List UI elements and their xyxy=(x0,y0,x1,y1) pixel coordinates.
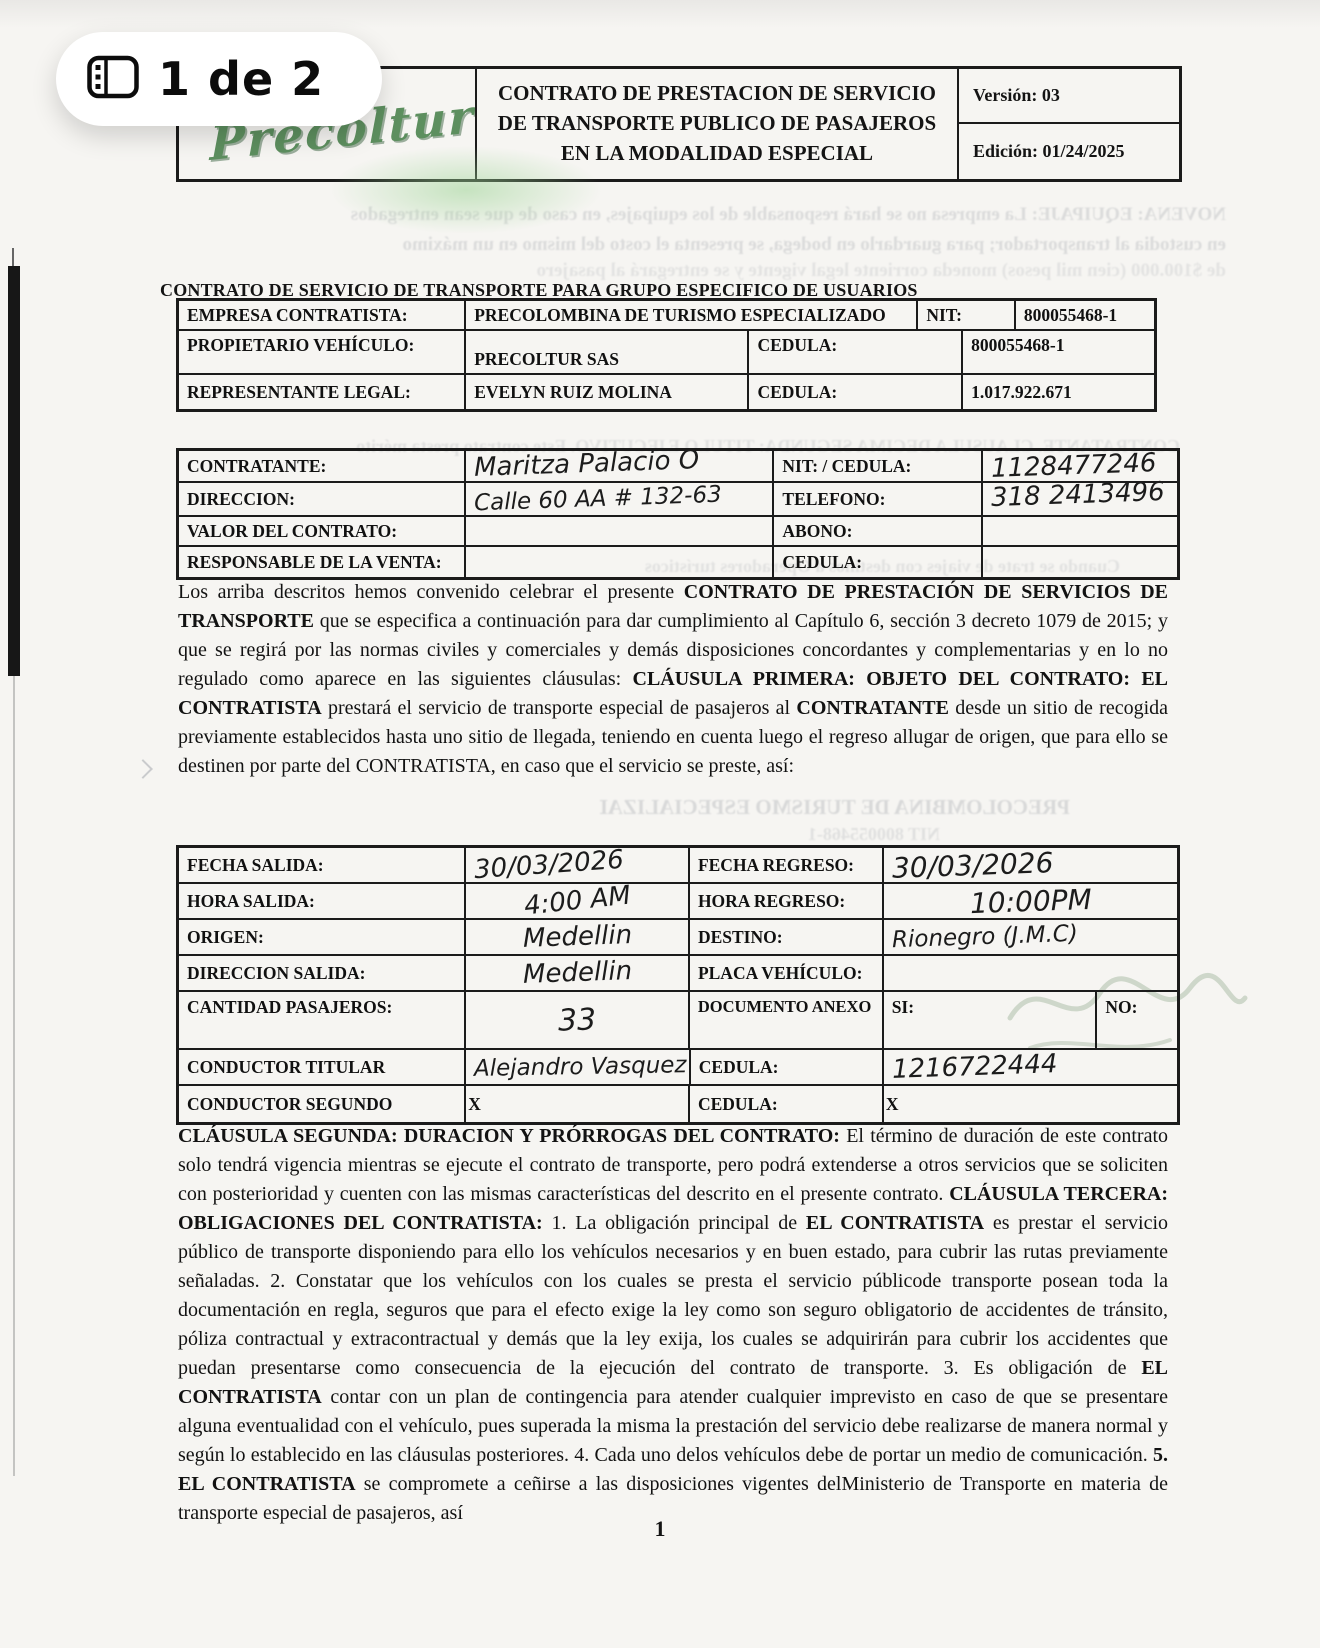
page-indicator-badge[interactable]: 1 de 2 xyxy=(56,32,382,126)
bleedthrough-line: en custodia al transportador; para guard… xyxy=(96,234,1226,256)
field-label: FECHA REGRESO: xyxy=(690,848,884,882)
pages-icon xyxy=(86,54,140,105)
page-number: 1 xyxy=(0,1516,1320,1542)
field-label: NIT: / CEDULA: xyxy=(774,451,983,481)
title-line: DE TRANSPORTE PUBLICO DE PASAJEROS xyxy=(498,109,936,139)
field-label: DIRECCION SALIDA: xyxy=(179,956,466,990)
company-table: EMPRESA CONTRATISTA: PRECOLOMBINA DE TUR… xyxy=(176,298,1157,412)
table-row: DIRECCION SALIDA: Medellin PLACA VEHÍCUL… xyxy=(179,956,1177,992)
field-label: DOCUMENTO ANEXO xyxy=(690,992,884,1048)
table-row: CONTRATANTE: Maritza Palacio O NIT: / CE… xyxy=(179,451,1177,483)
table-row: REPRESENTANTE LEGAL: EVELYN RUIZ MOLINA … xyxy=(179,375,1154,409)
field-label: CEDULA: xyxy=(749,375,963,409)
field-value-handwritten: 30/03/2026 xyxy=(884,848,1177,882)
field-value: 800055468-1 xyxy=(963,331,1154,373)
field-value-handwritten: Medellin xyxy=(466,956,690,990)
field-label: FECHA SALIDA: xyxy=(179,848,466,882)
client-table: CONTRATANTE: Maritza Palacio O NIT: / CE… xyxy=(176,448,1180,580)
version-label: Versión: 03 xyxy=(959,69,1179,124)
green-highlight-smudge xyxy=(330,146,602,234)
bleedthrough-line: PRECOLOMBINA DE TURISMO ESPECIALIZADO xyxy=(600,795,1070,820)
bleedthrough-line: de $100.000 (cien mil pesos) moneda corr… xyxy=(96,260,1226,282)
field-value: PRECOLOMBINA DE TURISMO ESPECIALIZADO xyxy=(466,301,918,329)
field-value-handwritten: 318 2413496 xyxy=(983,483,1177,515)
field-label: NO: xyxy=(1097,992,1177,1048)
field-value: X xyxy=(884,1086,1177,1122)
field-value-handwritten: 10:00PM xyxy=(884,884,1177,918)
clause-paragraph: CLÁUSULA SEGUNDA: DURACION Y PRÓRROGAS D… xyxy=(178,1122,1168,1528)
intro-paragraph: Los arriba descritos hemos convenido cel… xyxy=(178,578,1168,781)
bleedthrough-line: NIT 800055468-1 xyxy=(640,824,940,845)
edition-label: Edición: 01/24/2025 xyxy=(959,124,1179,179)
page-indicator-label: 1 de 2 xyxy=(158,52,324,106)
scan-mark xyxy=(133,759,153,779)
field-value-handwritten: Medellin xyxy=(466,920,690,954)
field-value xyxy=(466,517,774,545)
scanned-contract-page: NOVENA: EQUIPAJE: La empresa no se hará … xyxy=(0,0,1320,1648)
field-value xyxy=(983,547,1177,577)
field-label: CEDULA: xyxy=(691,1050,885,1084)
field-label: CEDULA: xyxy=(774,547,983,577)
table-row: PROPIETARIO VEHÍCULO: PRECOLTUR SAS CEDU… xyxy=(179,331,1154,375)
field-value-handwritten: Rionegro (J.M.C) xyxy=(884,920,1177,954)
field-label: CANTIDAD PASAJEROS: xyxy=(179,992,466,1048)
field-value: 800055468-1 xyxy=(1016,301,1154,329)
field-value-handwritten: Maritza Palacio O xyxy=(466,451,774,481)
field-label: CONTRATANTE: xyxy=(179,451,466,481)
title-line: CONTRATO DE PRESTACION DE SERVICIO xyxy=(498,79,936,109)
field-label: PROPIETARIO VEHÍCULO: xyxy=(179,331,466,373)
field-label: ORIGEN: xyxy=(179,920,466,954)
field-label: DESTINO: xyxy=(690,920,884,954)
field-value xyxy=(983,517,1177,545)
table-row: CANTIDAD PASAJEROS: 33 DOCUMENTO ANEXO S… xyxy=(179,992,1177,1050)
field-label: HORA REGRESO: xyxy=(690,884,884,918)
field-value-handwritten: 4:00 AM xyxy=(466,884,690,918)
field-label: CONDUCTOR TITULAR xyxy=(179,1050,466,1084)
table-row: FECHA SALIDA: 30/03/2026 FECHA REGRESO: … xyxy=(179,848,1177,884)
field-label: TELEFONO: xyxy=(774,483,983,515)
table-row: DIRECCION: Calle 60 AA # 132-63 TELEFONO… xyxy=(179,483,1177,517)
field-value-handwritten: 1128477246 xyxy=(983,451,1177,481)
field-label: RESPONSABLE DE LA VENTA: xyxy=(179,547,466,577)
table-row: CONDUCTOR SEGUNDO X CEDULA: X xyxy=(179,1086,1177,1122)
field-label: EMPRESA CONTRATISTA: xyxy=(179,301,466,329)
field-value xyxy=(884,956,1177,990)
field-label: REPRESENTANTE LEGAL: xyxy=(179,375,466,409)
field-value-handwritten: Calle 60 AA # 132-63 xyxy=(466,483,774,515)
title-line: EN LA MODALIDAD ESPECIAL xyxy=(561,139,873,169)
field-label: ABONO: xyxy=(774,517,983,545)
field-label: PLACA VEHÍCULO: xyxy=(690,956,884,990)
field-label: VALOR DEL CONTRATO: xyxy=(179,517,466,545)
bleedthrough-line: NOVENA: EQUIPAJE: La empresa no se hará … xyxy=(96,204,1226,226)
field-label: CEDULA: xyxy=(749,331,963,373)
field-value: 1.017.922.671 xyxy=(963,375,1154,409)
field-label: CONDUCTOR SEGUNDO xyxy=(179,1086,466,1122)
field-value-handwritten: 30/03/2026 xyxy=(466,848,690,882)
scan-edge-artifact xyxy=(13,676,15,1476)
trip-table: FECHA SALIDA: 30/03/2026 FECHA REGRESO: … xyxy=(176,845,1180,1125)
table-row: ORIGEN: Medellin DESTINO: Rionegro (J.M.… xyxy=(179,920,1177,956)
field-value: EVELYN RUIZ MOLINA xyxy=(466,375,749,409)
field-label: SI: xyxy=(884,992,1098,1048)
version-cell: Versión: 03 Edición: 01/24/2025 xyxy=(959,69,1179,179)
field-value: PRECOLTUR SAS xyxy=(466,331,749,373)
field-value xyxy=(466,547,774,577)
table-row: EMPRESA CONTRATISTA: PRECOLOMBINA DE TUR… xyxy=(179,301,1154,331)
field-label: NIT: xyxy=(918,301,1015,329)
field-label: HORA SALIDA: xyxy=(179,884,466,918)
field-label: CEDULA: xyxy=(690,1086,884,1122)
field-value-handwritten: 33 xyxy=(466,992,690,1048)
field-label: DIRECCION: xyxy=(179,483,466,515)
scan-edge-artifact xyxy=(8,266,20,676)
table-row: CONDUCTOR TITULAR Alejandro Vasquez CEDU… xyxy=(179,1050,1177,1086)
table-row: VALOR DEL CONTRATO: ABONO: xyxy=(179,517,1177,547)
field-value-handwritten: 1216722444 xyxy=(884,1050,1177,1084)
table-row: HORA SALIDA: 4:00 AM HORA REGRESO: 10:00… xyxy=(179,884,1177,920)
scan-edge-artifact xyxy=(12,248,14,266)
table-row: RESPONSABLE DE LA VENTA: CEDULA: xyxy=(179,547,1177,577)
field-value-handwritten: Alejandro Vasquez xyxy=(466,1050,691,1084)
field-value: X xyxy=(466,1086,690,1122)
